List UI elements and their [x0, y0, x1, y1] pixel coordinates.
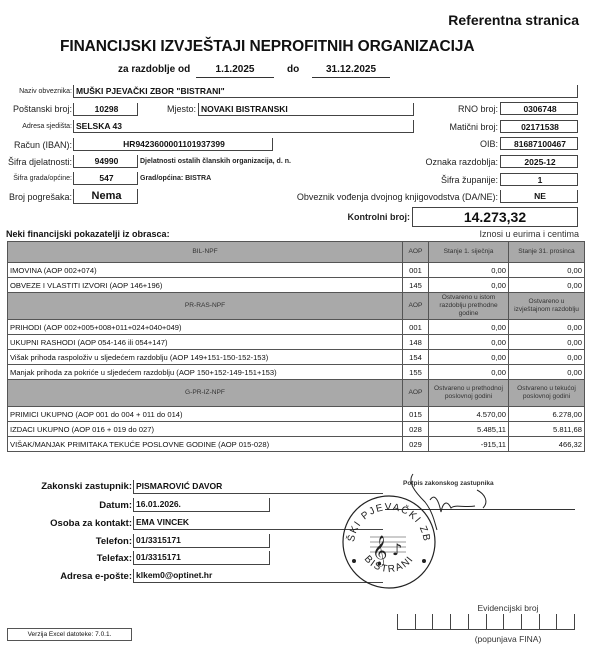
- row-aop: 155: [403, 365, 429, 380]
- table-row: Višak prihoda raspoloživ u sljedećem raz…: [8, 350, 585, 365]
- row-label: PRIHODI (AOP 002+005+008+011+024+040+049…: [8, 320, 403, 335]
- table-row: IMOVINA (AOP 002+074)0010,000,00: [8, 263, 585, 278]
- row-value-current: 0,00: [509, 335, 585, 350]
- column-header: G-PR-IZ-NPF: [8, 380, 403, 407]
- music-note-icon: ♪: [392, 540, 402, 559]
- row-aop: 029: [403, 437, 429, 452]
- date-field: 16.01.2026.: [133, 498, 270, 512]
- signature-scribble: [405, 472, 495, 537]
- city-field: NOVAKI BISTRANSKI: [198, 103, 414, 116]
- row-value-current: 5.811,68: [509, 422, 585, 437]
- city-code-label: Šifra grada/općine:: [0, 175, 72, 182]
- rno-field: 0306748: [500, 102, 578, 115]
- activity-label: Šifra djelatnosti:: [0, 157, 72, 167]
- mb-label: Matični broj:: [420, 122, 498, 132]
- row-aop: 001: [403, 263, 429, 278]
- errors-field: Nema: [73, 189, 138, 204]
- address-field: SELSKA 43: [73, 120, 414, 133]
- county-label: Šifra županije:: [380, 175, 498, 185]
- name-label: Naziv obveznika:: [0, 88, 72, 95]
- oib-field: 81687100467: [500, 137, 578, 150]
- mb-field: 02171538: [500, 120, 578, 133]
- table-row: PRIMICI UKUPNO (AOP 001 do 004 + 011 do …: [8, 407, 585, 422]
- row-value-previous: 4.570,00: [429, 407, 509, 422]
- iban-label: Račun (IBAN):: [0, 140, 72, 150]
- fax-field: 01/3315171: [133, 551, 270, 565]
- activity-description: Djelatnosti ostalih članskih organizacij…: [140, 158, 291, 165]
- period-label: za razdoblje od: [118, 64, 190, 75]
- table-row: Manjak prihoda za pokriće u sljedećem ra…: [8, 365, 585, 380]
- row-value-current: 0,00: [509, 320, 585, 335]
- table-row: PRIHODI (AOP 002+005+008+011+024+040+049…: [8, 320, 585, 335]
- activity-code-field: 94990: [73, 155, 138, 168]
- evidence-number-boxes: [397, 614, 575, 630]
- column-header: Ostvareno u tekućoj poslovnoj godini: [509, 380, 585, 407]
- contact-label: Osoba za kontakt:: [2, 518, 132, 529]
- period-to: 31.12.2025: [312, 64, 390, 78]
- column-header: Stanje 31. prosinca: [509, 242, 585, 263]
- treble-clef-icon: 𝄞: [372, 535, 387, 567]
- row-value-previous: 0,00: [429, 320, 509, 335]
- phone-label: Telefon:: [2, 536, 132, 547]
- row-label: VIŠAK/MANJAK PRIMITAKA TEKUĆE POSLOVNE G…: [8, 437, 403, 452]
- period-code-label: Oznaka razdoblja:: [380, 157, 498, 167]
- period-to-label: do: [287, 64, 299, 75]
- city-description: Grad/općina: BISTRA: [140, 175, 211, 182]
- row-aop: 028: [403, 422, 429, 437]
- row-label: IMOVINA (AOP 002+074): [8, 263, 403, 278]
- row-value-current: 0,00: [509, 350, 585, 365]
- column-header: PR-RAS-NPF: [8, 293, 403, 320]
- row-value-previous: 0,00: [429, 365, 509, 380]
- row-value-previous: 0,00: [429, 278, 509, 293]
- financial-indicators-table: BIL-NPFAOPStanje 1. siječnjaStanje 31. p…: [7, 241, 585, 452]
- control-number: 14.273,32: [412, 207, 578, 227]
- units-note: Iznosi u eurima i centima: [479, 229, 579, 239]
- stamp-bottom-text: BISTRANI: [362, 554, 416, 576]
- column-header: Ostvareno u prethodnoj poslovnoj godini: [429, 380, 509, 407]
- county-field: 1: [500, 173, 578, 186]
- row-value-previous: 0,00: [429, 335, 509, 350]
- errors-label: Broj pogrešaka:: [0, 192, 72, 202]
- row-label: Manjak prihoda za pokriće u sljedećem ra…: [8, 365, 403, 380]
- table-section-header: G-PR-IZ-NPFAOPOstvareno u prethodnoj pos…: [8, 380, 585, 407]
- reference-page-label: Referentna stranica: [448, 12, 579, 28]
- svg-text:BISTRANI: BISTRANI: [362, 554, 416, 576]
- period-from: 1.1.2025: [196, 64, 274, 78]
- city-label: Mjesto:: [140, 104, 196, 114]
- table-section-header: BIL-NPFAOPStanje 1. siječnjaStanje 31. p…: [8, 242, 585, 263]
- row-value-current: 0,00: [509, 365, 585, 380]
- iban-field: HR9423600001101937399: [73, 138, 273, 151]
- column-header: Stanje 1. siječnja: [429, 242, 509, 263]
- table-row: UKUPNI RASHODI (AOP 054-146 ili 054+147)…: [8, 335, 585, 350]
- row-aop: 001: [403, 320, 429, 335]
- control-label: Kontrolni broj:: [330, 212, 410, 222]
- row-aop: 145: [403, 278, 429, 293]
- table-row: IZDACI UKUPNO (AOP 016 + 019 do 027)0285…: [8, 422, 585, 437]
- email-label: Adresa e-pošte:: [2, 571, 132, 582]
- column-header: BIL-NPF: [8, 242, 403, 263]
- version-label: Verzija Excel datoteke: 7.0.1.: [7, 628, 132, 641]
- double-entry-field: NE: [500, 190, 578, 203]
- row-value-current: 0,00: [509, 263, 585, 278]
- evidence-number-note: (popunjava FINA): [443, 634, 573, 644]
- column-header: Ostvareno u istom razdoblju prethodne go…: [429, 293, 509, 320]
- row-value-previous: 0,00: [429, 263, 509, 278]
- row-label: OBVEZE I VLASTITI IZVORI (AOP 146+196): [8, 278, 403, 293]
- table-row: VIŠAK/MANJAK PRIMITAKA TEKUĆE POSLOVNE G…: [8, 437, 585, 452]
- row-label: Višak prihoda raspoloživ u sljedećem raz…: [8, 350, 403, 365]
- row-value-current: 6.278,00: [509, 407, 585, 422]
- column-header: AOP: [403, 380, 429, 407]
- row-aop: 015: [403, 407, 429, 422]
- fax-label: Telefax:: [2, 553, 132, 564]
- indicators-title: Neki financijski pokazatelji iz obrasca:: [6, 229, 170, 239]
- name-field: MUŠKI PJEVAČKI ZBOR "BISTRANI": [73, 85, 578, 98]
- rep-label: Zakonski zastupnik:: [2, 481, 132, 492]
- row-value-current: 0,00: [509, 278, 585, 293]
- row-aop: 148: [403, 335, 429, 350]
- period-code-field: 2025-12: [500, 155, 578, 168]
- table-row: OBVEZE I VLASTITI IZVORI (AOP 146+196)14…: [8, 278, 585, 293]
- rno-label: RNO broj:: [420, 104, 498, 114]
- phone-field: 01/3315171: [133, 534, 270, 548]
- row-value-current: 466,32: [509, 437, 585, 452]
- table-section-header: PR-RAS-NPFAOPOstvareno u istom razdoblju…: [8, 293, 585, 320]
- address-label: Adresa sjedišta:: [0, 123, 72, 130]
- row-label: IZDACI UKUPNO (AOP 016 + 019 do 027): [8, 422, 403, 437]
- column-header: AOP: [403, 242, 429, 263]
- date-label: Datum:: [2, 500, 132, 511]
- row-value-previous: -915,11: [429, 437, 509, 452]
- row-value-previous: 5.485,11: [429, 422, 509, 437]
- row-value-previous: 0,00: [429, 350, 509, 365]
- postal-label: Poštanski broj:: [0, 104, 72, 114]
- row-label: PRIMICI UKUPNO (AOP 001 do 004 + 011 do …: [8, 407, 403, 422]
- postal-field: 10298: [73, 103, 138, 116]
- evidence-number-label: Evidencijski broj: [443, 603, 573, 613]
- page-title: FINANCIJSKI IZVJEŠTAJI NEPROFITNIH ORGAN…: [60, 38, 474, 56]
- rep-field: PISMAROVIĆ DAVOR: [133, 480, 383, 494]
- column-header: AOP: [403, 293, 429, 320]
- oib-label: OIB:: [420, 139, 498, 149]
- double-entry-label: Obveznik vođenja dvojnog knjigovodstva (…: [250, 192, 498, 202]
- column-header: Ostvareno u izvještajnom razdoblju: [509, 293, 585, 320]
- city-code-field: 547: [73, 172, 138, 185]
- row-aop: 154: [403, 350, 429, 365]
- row-label: UKUPNI RASHODI (AOP 054-146 ili 054+147): [8, 335, 403, 350]
